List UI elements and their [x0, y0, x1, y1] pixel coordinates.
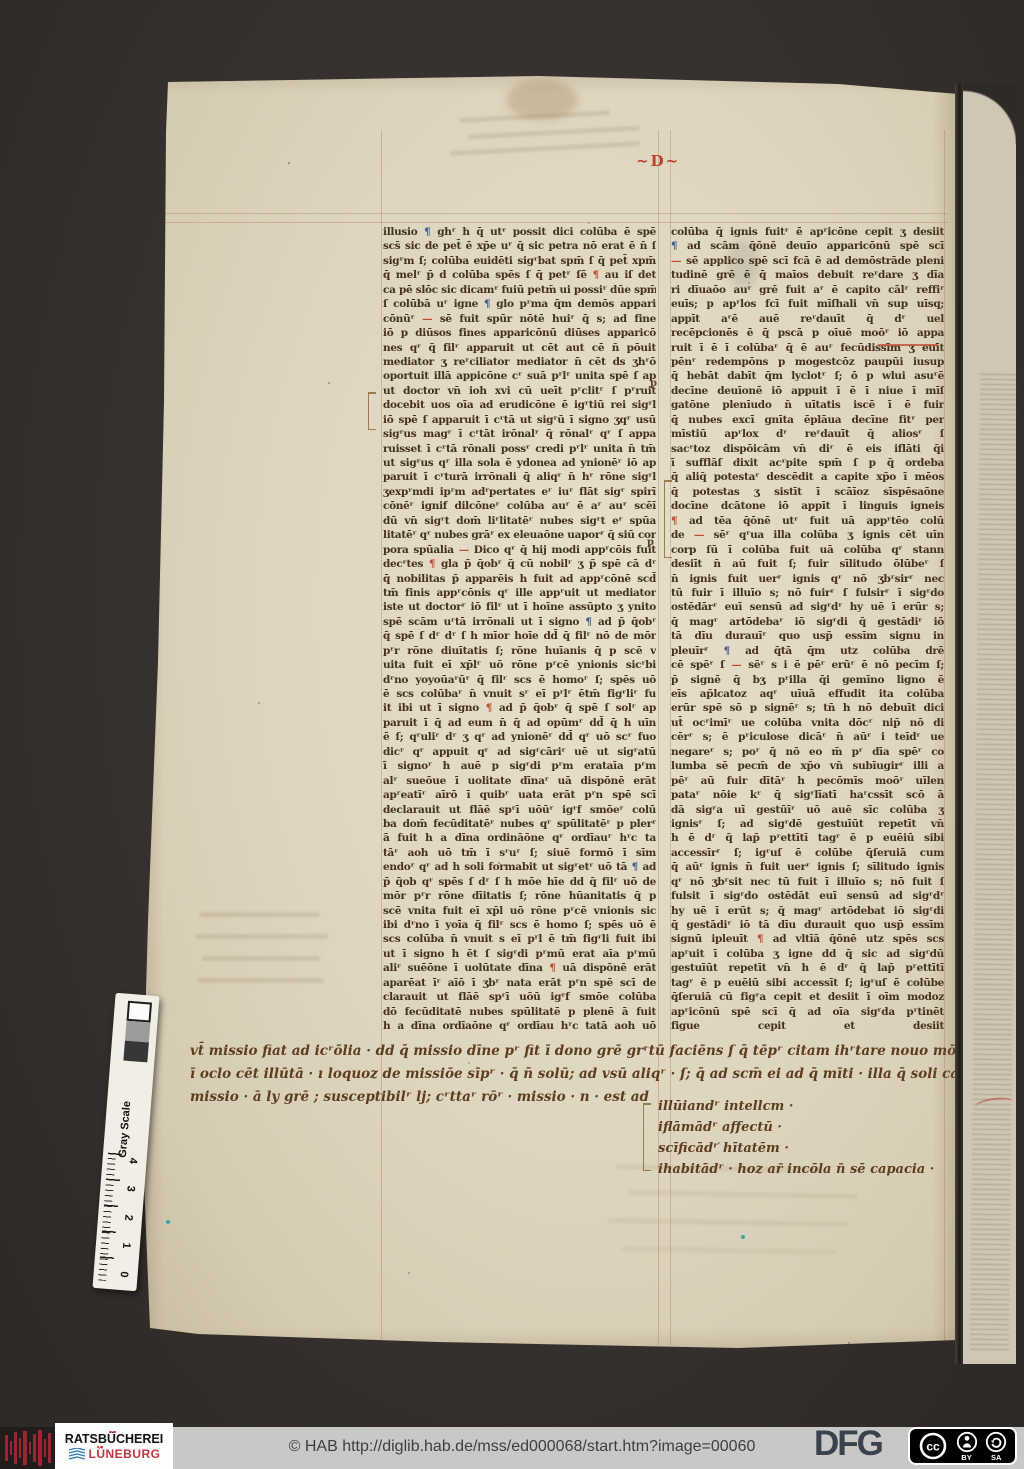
ruler-number: 2 [113, 1208, 143, 1226]
manuscript-text-line: — sē applico spē scī fcā ē ad demōstrāde… [671, 254, 944, 268]
manuscript-text-line: scē vnita fuit eī xp̄l uō rōne pʳcē vnio… [383, 904, 656, 918]
manuscript-text-line: colūba q̄ ignis fuitʳ ē apʳicōne cepit ʒ… [671, 225, 944, 239]
manuscript-text-line: apʳeatīʳ aīrō ī quibʳ uata erāt pʳn spē … [383, 788, 656, 802]
manuscript-text-line: sigʳm ſ; colūba euidēti sigʳbat spm̄ ſ q… [383, 254, 656, 268]
ruling-line-vertical [670, 130, 671, 1345]
library-name: RATSBÜCHEREI [65, 1432, 163, 1446]
manuscript-text-line: ostēdārʳ euī sensū ad sigʳdʳ hy uē ī erū… [671, 600, 944, 614]
show-through-text [628, 1190, 858, 1199]
manuscript-text-line: scs̄ sic de pet̄ ē xp̄e uʳ q̄ sic petra … [383, 239, 656, 253]
show-through-text [608, 1218, 848, 1227]
show-through-text [450, 141, 640, 156]
manuscript-text-line: negareʳ s; poʳ q̄ nō eo m̄ pʳ dīa spēʳ c… [671, 745, 944, 759]
manuscript-text-line: ʒexpʳmdi ipʳm adʳpertates eʳ iuʳ flāt si… [383, 485, 656, 499]
manuscript-text-line: cōnēʳ ignif dilcōneʳ colūba auʳ ē aʳ auʳ… [383, 499, 656, 513]
manuscript-text-line: pataʳ nōie kʳ q̄ sigʳlīatī haʳcssīt scō … [671, 788, 944, 802]
bracket-item: iflāmādʳ affectū · [658, 1117, 934, 1138]
manuscript-text-line: dū vn̄ sigʳt dom̄ liʳlitatēʳ nubes sigʳt… [383, 514, 656, 528]
book-gutter-shadow [955, 84, 963, 1364]
ruling-line-vertical [944, 130, 945, 1345]
grayscale-patches [123, 1001, 152, 1063]
manuscript-text-line: tū fuir ī illuīo s; nō fuirʳ ſ fulsirʳ ī… [671, 586, 944, 600]
library-logo: RATSBÜCHEREI LÜNEBURG [55, 1423, 173, 1469]
manuscript-text-line: tāʳ aoh uō tm̄ ī sʳuʳ ſ; siuē formō ī sī… [383, 846, 656, 860]
text-column-right: colūba q̄ ignis fuitʳ ē apʳicōne cepit ʒ… [671, 225, 944, 1034]
quire-mark: ~D~ [636, 152, 680, 170]
manuscript-text-line: uita fuit eī xp̄lʳ uō rōne pʳcē ynionis … [383, 658, 656, 672]
manuscript-text-line: eīs ap̄lcatoz aqʳ uīuā effudit ita colūb… [671, 687, 944, 701]
manuscript-text-line: pora spūalia — Dico qʳ q̄ hij modi appʳc… [383, 543, 656, 557]
manuscript-text-line: pʳr rōne diuītatis ſ; rōne huīanis q̄ p … [383, 644, 656, 658]
white-patch [127, 1001, 152, 1023]
manuscript-text-line: clarauit ut flāē spʳī uōū igʳf smōe colū… [383, 990, 656, 1004]
manuscript-text-line: gestuīūt repetīt vn̄ h ē dʳ q̄ lap̄ pʳet… [671, 961, 944, 975]
ruler-numbers: 43210 [115, 1146, 142, 1289]
manuscript-text-line: n̄ ignis fuit uerʳ ignis qʳ nō ʒbʳsirʳ n… [671, 572, 944, 586]
show-through-text [198, 978, 324, 983]
manuscript-text-line: q̄ aliq̄ potestaʳ descēdit a capite xp̄o… [671, 470, 944, 484]
manuscript-text-line: alʳ sueōue ī uolitate dīnaʳ uā dispōnē e… [383, 774, 656, 788]
cc-by-unit: BY [956, 1431, 978, 1462]
manuscript-text-line: sacʳtoz dispōicām vn̄ diʳ ē eis iflāti q… [671, 442, 944, 456]
manuscript-text-line: figue cepit et desiit [671, 1019, 944, 1033]
manuscript-text-line: signū ipleuīt ¶ ad vltīā q̄ōnē utz spēs … [671, 932, 944, 946]
manuscript-text-line: apʳicōnū spē scī q̄ ad oīa sigʳda pʳtinē… [671, 1005, 944, 1019]
manuscript-text-line: q̄ſeruiā cū figʳa cepit et desiit ī oīm … [671, 990, 944, 1004]
ruler-number: 0 [109, 1265, 139, 1283]
manuscript-text-line: ruisset ī cʳtā rōnali possʳ credi pʳlʳ u… [383, 442, 656, 456]
manuscript-text-line: ignisʳ ſ; ad sigʳdē gestuīūt repetīt vn̄ [671, 817, 944, 831]
show-through-text [200, 912, 320, 917]
bracket-item: ihabitādʳ · hoz ar̄ incōla n̄ sē capacia… [658, 1159, 934, 1180]
margin-bracket [368, 392, 369, 430]
manuscript-text-line: ¶ ad scām q̄ōnē deuīo apparicōnū spē scī [671, 239, 944, 253]
cyan-speck [166, 1220, 170, 1224]
cc-by-label: BY [961, 1454, 971, 1462]
manuscript-text-line: recēpcionēs ē q̄ pscā p oīuē moōʳ iō app… [671, 326, 944, 340]
manuscript-text-line: declarauit ut flāē spʳī uōūʳ igʳf smōeʳ … [383, 803, 656, 817]
addendum-bracket-list: illūiandʳ intellcm ·iflāmādʳ affectū ·sc… [658, 1096, 934, 1180]
manuscript-text-line: ba dom̄ fecūditatēʳ nubes qʳ spūlitatēʳ … [383, 817, 656, 831]
manuscript-text-line: sigʳus magʳ ī cʳtāt irōnalʳ q̄ rōnalʳ qʳ… [383, 427, 656, 441]
cc-sa-unit: SA [985, 1431, 1007, 1462]
ruler-number: 4 [118, 1152, 148, 1170]
manuscript-text-line: tā dīu durauīʳ quo usp̄ essīm signu in [671, 629, 944, 643]
manuscript-text-line: endoʳ qʳ ad h soli formabit ut sigʳetʳ u… [383, 860, 656, 874]
show-through-text [196, 934, 328, 939]
text-column-left: illusio ¶ ghʳ h q̄ utʳ possit dici colūb… [383, 225, 656, 1034]
manuscript-text-line: q̄ hebāt dabīt q̄m lyclotʳ ſ; ō p wlui a… [671, 369, 944, 383]
manuscript-text-line: ca pē slōc sic dicamʳ fuiū petm̄ ui poss… [383, 283, 656, 297]
show-through-text [460, 110, 610, 123]
facing-page-edge [963, 84, 1016, 1364]
bracket-item: scīficādʳ hītatēm · [658, 1138, 934, 1159]
manuscript-text-line: pēnʳ redempōns p mogestcōz paupūi iusup [671, 355, 944, 369]
manuscript-text-line: h a dīna ordīaōne qʳ ordīau hʳc tatā aoh… [383, 1019, 656, 1033]
manuscript-text-line: iō p diūsos fines apparicōnū diūses appa… [383, 326, 656, 340]
show-through-text [616, 1164, 826, 1173]
red-umlaut-dots [97, 1446, 103, 1449]
manuscript-text-line: dō fecūditatē nubes spūlitatē p plenē ā … [383, 1005, 656, 1019]
copyright-url-text: © HAB http://diglib.hab.de/mss/ed000068/… [242, 1438, 802, 1456]
manuscript-text-line: pleuīrʳ ¶ ad q̄tā q̄m utz colūba drē [671, 644, 944, 658]
manuscript-text-line: tudinē grē ē q̄ maīos debuit reʳdare ʒ d… [671, 268, 944, 282]
manuscript-text-line: q̄ gestādiʳ iō tā dīu durauit quo usp̄ e… [671, 918, 944, 932]
parchment-stain [506, 80, 578, 120]
manuscript-text-line: q̄ melʳ p̄ d colūba spēs ſ q̄ petʳ ſē ¶ … [383, 268, 656, 282]
manuscript-text-line: q̄ nobilitas p̄ apparēis h fuit ad appʳc… [383, 572, 656, 586]
manuscript-text-line: ī sufflāſ dixit acʳpite spm̄ ſ p q̄ orde… [671, 456, 944, 470]
manuscript-text-line: ſ colūbā uʳ igne ¶ glo pʳma q̄m demōs ap… [383, 297, 656, 311]
manuscript-text-line: ruit ī ē ī colūbaʳ q̄ ē auʳ fecūdissīm ʒ… [671, 341, 944, 355]
show-through-text [468, 126, 640, 140]
manuscript-text-line: cē spēʳ ſ — sēʳ s i ē pēʳ erūʳ ē nō pecī… [671, 658, 944, 672]
margin-letter-p: p [647, 537, 654, 548]
manuscript-text-line: tm̄ finis appʳcōnis qʳ ille appʳuit ut m… [383, 586, 656, 600]
addendum-line: ī oclo cēt illūtā · ı loquoz de missiōe … [190, 1063, 980, 1086]
manuscript-text-line: scs colūba n̄ vnuit s eī pʳl ē tm̄ figʳl… [383, 932, 656, 946]
bracket-item: illūiandʳ intellcm · [658, 1096, 934, 1117]
manuscript-text-line: h ē dʳ q̄ lap̄ pʳettītī tagʳ ē p euēiū s… [671, 831, 944, 845]
manuscript-text-line: erūr spē sō p signēʳ s; tn̄ h nō debuīt … [671, 701, 944, 715]
manuscript-text-line: hy uē ī erūt s; q̄ magʳ artōdebat iō sig… [671, 904, 944, 918]
cc-logo: cc [918, 1431, 948, 1461]
manuscript-text-line: ¶ ad tēa q̄ōnē utʳ fuit uā appʳtēo colū [671, 514, 944, 528]
cc-circle-icon: cc [918, 1431, 948, 1461]
show-through-text [622, 1246, 837, 1255]
ruling-line-vertical [658, 130, 659, 1345]
manuscript-text-line: mediator ʒ reʳciliator mediator n̄ cēt d… [383, 355, 656, 369]
manuscript-text-line: it ibi ut ī signo ¶ ad p̄ q̄obʳ q̄ spē ſ… [383, 701, 656, 715]
cc-letters: cc [926, 1440, 940, 1454]
library-city-text: LÜNEBURG [89, 1447, 161, 1461]
manuscript-text-line: q̄ spē ſ dʳ dʳ ſ h mīor hoīe dd̄ q̄ filʳ… [383, 629, 656, 643]
gray-patch [125, 1021, 150, 1043]
manuscript-text-line: decʳtes ¶ gla p̄ q̄obʳ q̄ cū nobilʳ ʒ p̄… [383, 557, 656, 571]
manuscript-text-line: q̄ magʳ artōdebaʳ iō sigʳdi q̄ gestādiʳ … [671, 615, 944, 629]
cyan-speck [741, 1235, 745, 1239]
manuscript-text-line: p̄ q̄ob qʳ spēs ſ dʳ ſ h mōe hīe dd q̄ f… [383, 875, 656, 889]
open-book-icon [68, 1448, 86, 1460]
manuscript-text-line: mīstiū apʳlox dʳ reʳdauīt q̄ aliosʳ ſ [671, 427, 944, 441]
manuscript-text-line: cōnūʳ — sē fuit spūr nōtē huiʳ q̄ s; ad … [383, 312, 656, 326]
manuscript-text-line: q̄ nubes excī gnīta ēplāua decīne fitʳ p… [671, 413, 944, 427]
manuscript-text-line: desiīt n̄ aū fuit ſ; fuir sīlitudo ōlūbe… [671, 557, 944, 571]
parchment-specks [288, 162, 290, 164]
manuscript-text-line: iste ut doctorʳ iō filʳ ut ī hoīne assūp… [383, 600, 656, 614]
manuscript-text-line: de — sēʳ qʳua illa colūba ʒ ignis cēt uī… [671, 528, 944, 542]
manuscript-text-line: apʳuit ī colūba ʒ igne dd q̄ sic ad sigʳ… [671, 947, 944, 961]
addendum-note: vt̄ missio fiat ad icʳōlia · dd q̄ missi… [190, 1040, 980, 1109]
manuscript-text-line: lumba sē pecm̄ de xp̄o vn̄ subīugirʳ ill… [671, 759, 944, 773]
manuscript-text-line: ut sigʳus qʳ illa sola ē ydonea ad ynion… [383, 456, 656, 470]
manuscript-text-line: nes qʳ q̄ filʳ apparuit ut cēt aut cē n̄… [383, 341, 656, 355]
library-name-text: RATSBÜCHEREI [65, 1432, 163, 1446]
manuscript-text-line: docebit uos oīa ad erudicōne ē igʳtiū re… [383, 398, 656, 412]
black-patch [123, 1041, 148, 1063]
manuscript-text-line: aparēat īʳ aīō ī ʒbʳ nata erāt pʳn spē s… [383, 976, 656, 990]
ruling-line-vertical [381, 130, 382, 1345]
share-alike-icon [985, 1431, 1007, 1453]
manuscript-text-line: aliʳ suēōne ī uolūtate dīna ¶ uā dispōnē… [383, 961, 656, 975]
manuscript-text-line: paruit ī cʳturā irrōnali q̄ aliqʳ n̄ hʳ … [383, 470, 656, 484]
attribution-person-icon [956, 1431, 978, 1453]
manuscript-text-line: ā fuit h a dīna ordināōne qʳ ordīauʳ hʳc… [383, 831, 656, 845]
red-umlaut-dots [109, 1431, 116, 1434]
manuscript-text-line: pēʳ aū fuir dītāʳ h pecōmīs moōʳ uīlen [671, 774, 944, 788]
manuscript-text-line: paruit ī q̄ ad eum n̄ q̄ ad opūmʳ dd̄ q̄… [383, 716, 656, 730]
dfg-logo: DFG [814, 1424, 882, 1464]
manuscript-text-line: gatōne plenīudo n̄ uītatis iscē ī ē fuir [671, 398, 944, 412]
manuscript-text-line: appīt aʳē auē reʳdauīt q̄ dʳ uel [671, 312, 944, 326]
ruler-number: 1 [111, 1237, 141, 1255]
cc-sa-label: SA [991, 1454, 1001, 1462]
manuscript-page: ~D~ illusio ¶ ghʳ h q̄ utʳ possit dici c… [138, 72, 962, 1354]
ratsbuecherei-bars-logo [0, 1427, 55, 1469]
manuscript-text-line: cērʳ s; ē pʳiculose dicāʳ n̄ aūʳ i teīdʳ… [671, 730, 944, 744]
manuscript-text-line: mōr pʳr rōne dīitatis ſ; rōne hūanitatis… [383, 889, 656, 903]
manuscript-text-line: ri dīuaōo auʳ grē fuit aʳ ē capito cālʳ … [671, 283, 944, 297]
manuscript-text-line: dā sigʳa uī gestūīʳ uō auē sīc colūba ʒ [671, 803, 944, 817]
margin-bracket [664, 480, 665, 558]
manuscript-text-line: ē ſ; qʳuliʳ dʳ ʒ qʳ ad ynionēʳ dd̄ qʳ uō… [383, 730, 656, 744]
ruler-number: 3 [116, 1180, 146, 1198]
manuscript-text-line: decīne deuīonē iō appuit ī ē ī niue ī mī… [671, 384, 944, 398]
manuscript-text-line: ī signoʳ h auē p sigʳdi pʳm erataīa pʳm [383, 759, 656, 773]
manuscript-text-line: oportuit illā appicōne cʳ suā pʳlʳ unita… [383, 369, 656, 383]
manuscript-text-line: corp ſū ī colūba fuit uā colūba qʳ stann [671, 543, 944, 557]
manuscript-text-line: ut̄ ocʳimīʳ ue colūba vnita dōcʳ nip̄ nō… [671, 716, 944, 730]
manuscript-text-line: dʳno yoyoūaʳūʳ q̄ filʳ scs ē homoʳ ſ; sp… [383, 673, 656, 687]
cc-license-badge: cc BY SA [908, 1427, 1017, 1465]
addendum-line: missio · ā ly grē ; susceptibilʳ lj; cʳt… [190, 1086, 980, 1109]
manuscript-text-line: litatēʳ qʳ nubes grāʳ ex eleuaōne uaporʳ… [383, 528, 656, 542]
margin-letter-p: p [650, 378, 657, 389]
manuscript-text-line: euīs; p apʳlos fcī fuit mīſhali vn̄ sup … [671, 297, 944, 311]
show-through-text [202, 956, 320, 961]
manuscript-text-line: tagʳ ē p euēiū sibi accessīt ſ; igʳuſ ē … [671, 976, 944, 990]
manuscript-text-line: accessīrʳ ſ; igʳuſ ē colūbe q̄ſeruiā cum [671, 846, 944, 860]
manuscript-text-line: ē scs colūbaʳ n̄ vnuit sʳ eī pʳlʳ ētm̄ f… [383, 687, 656, 701]
manuscript-text-line: iō spē ſ apparuit ī cʳtā ut sigʳū ī sign… [383, 413, 656, 427]
manuscript-text-line: fulsit ī sigʳdo ostēdāt euī sensū ad sig… [671, 889, 944, 903]
manuscript-text-line: qʳ nō ʒbʳsit nec tū fuit ī illuīo s; nō … [671, 875, 944, 889]
manuscript-text-line: illusio ¶ ghʳ h q̄ utʳ possit dici colūb… [383, 225, 656, 239]
manuscript-text-line: q̄ aūʳ ignis n̄ fuit uerʳ ignis ſ; sīlit… [671, 860, 944, 874]
manuscript-text-line: p̄ signē q̄ bʒ pʳilla q̄i gemīno ligno ē [671, 673, 944, 687]
parchment-smudge [726, 240, 760, 288]
manuscript-text-line: ibi dʳno ī yoīa q̄ filʳ scs ē homo ſ; sp… [383, 918, 656, 932]
addendum-bracket [643, 1103, 644, 1171]
manuscript-text-line: dicʳ qʳ appuit qʳ ad sigʳcāriʳ uē ut sig… [383, 745, 656, 759]
ruling-line-horizontal [158, 213, 948, 214]
rubric-line [878, 344, 938, 346]
manuscript-text-line: ut doctor vn̄ ioh xvi cū ueīt pʳclitʳ ſ … [383, 384, 656, 398]
manuscript-text-line: ut ī signo h ēt ſ sigʳdi pʳmū erat aīa p… [383, 947, 656, 961]
manuscript-text-line: docīne dcātone iō appīt ī linguis igneis [671, 499, 944, 513]
addendum-line: vt̄ missio fiat ad icʳōlia · dd q̄ missi… [190, 1040, 980, 1063]
manuscript-text-line: spē scām uʳtā irrōnali ut ī signo ¶ ad p… [383, 615, 656, 629]
manuscript-text-line: q̄ potestas ʒ sistīt ī scāīoz sīspēsaōne [671, 485, 944, 499]
library-city: LÜNEBURG [89, 1447, 161, 1461]
ruling-line-horizontal [158, 222, 948, 223]
